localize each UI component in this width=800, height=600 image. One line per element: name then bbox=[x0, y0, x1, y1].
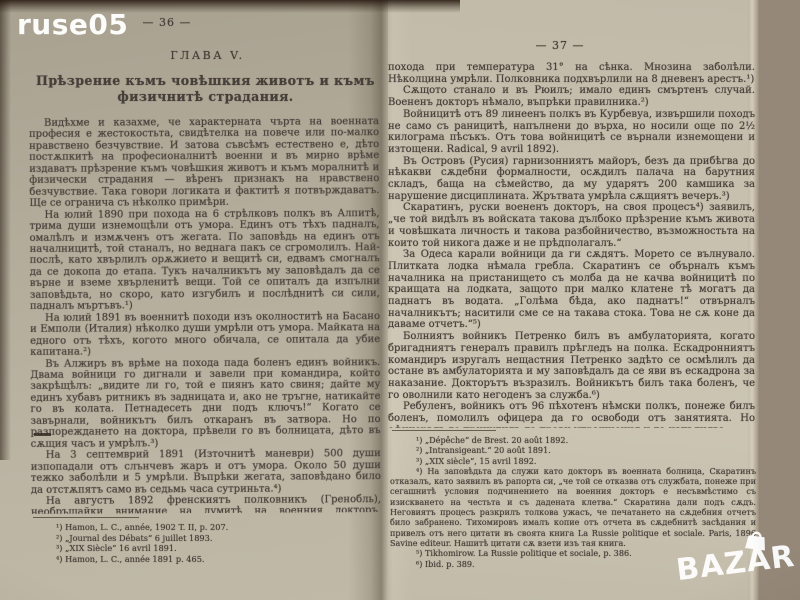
footnote-rule bbox=[392, 430, 496, 431]
left-page-footnotes: ¹) Hamon, L. C., année, 1902 T. II, p. 2… bbox=[56, 522, 362, 564]
body-paragraph: На юлий 1890 при похода на 6 стрѣлковъ п… bbox=[29, 208, 380, 313]
body-paragraph: Видѣхме и казахме, че характерната чърта… bbox=[29, 116, 379, 209]
right-page-body: похода при температура 31° на сѣнка. Мно… bbox=[388, 62, 755, 428]
footnote: ²) „Journal des Débats“ 6 juillet 1893. bbox=[56, 533, 362, 544]
page-number-36: — 36 — bbox=[122, 16, 212, 29]
footnote: ¹) „Dépêche“ de Brest. 20 août 1892. bbox=[390, 435, 756, 445]
seller-watermark: ruse05 bbox=[17, 8, 128, 41]
body-paragraph: На августъ 1892 френскиятъ полковникъ (Г… bbox=[31, 494, 381, 514]
footnote: ⁴) На заповѣдьта да служи като докторъ в… bbox=[390, 466, 756, 548]
body-paragraph: Сѫщото станало и въ Рюилъ; имало единъ с… bbox=[388, 85, 755, 108]
body-paragraph: Болниятъ войникъ Петренко билъ въ амбула… bbox=[388, 331, 755, 401]
wooden-table-surface bbox=[760, 0, 800, 600]
footnote: ²) „Intransigeant.“ 20 août 1891. bbox=[390, 445, 756, 455]
footnote: ⁴) Hamon, L. C., année 1891 p. 465. bbox=[56, 554, 362, 565]
footnote-rule bbox=[33, 517, 139, 518]
footnote: ³) „XIX siècle“, 15 avril 1892. bbox=[390, 456, 756, 466]
body-paragraph: На 3 септемврий 1891 (Източнитѣ маневри)… bbox=[31, 448, 381, 496]
left-edge-shadow bbox=[0, 0, 11, 460]
body-paragraph: На юлий 1891 въ военнитѣ походи изъ окол… bbox=[30, 311, 380, 359]
book-photo: — 36 — ГЛАВА V. Прѣзрение къмъ човѣшкия … bbox=[0, 0, 800, 600]
chapter-title: Прѣзрение къмъ човѣшкия животъ и къмъ фи… bbox=[31, 73, 380, 104]
body-paragraph: Въ Островъ (Русия) гарнизонниятъ майоръ,… bbox=[388, 156, 755, 203]
body-paragraph: За Одеса карали войници да ги сѫдятъ. Мо… bbox=[388, 249, 755, 331]
body-paragraph: Войницитѣ отъ 89 линеенъ полкъ въ Курбев… bbox=[388, 109, 755, 156]
body-paragraph: Скаратинъ, руски воененъ докторъ, на сво… bbox=[388, 202, 755, 249]
margin-mark bbox=[34, 433, 51, 436]
body-paragraph: Въ Алжиръ въ врѣме на похода пада боленъ… bbox=[30, 357, 380, 450]
body-paragraph: Ребуленъ, войникъ отъ 96 пѣхотенъ нѣмски… bbox=[388, 401, 755, 428]
footnote: ¹) Hamon, L. C., année, 1902 T. II, p. 2… bbox=[56, 522, 362, 533]
body-paragraph: похода при температура 31° на сѣнка. Мно… bbox=[388, 62, 755, 85]
chapter-heading: ГЛАВА V. bbox=[35, 49, 380, 62]
page-number-37: — 37 — bbox=[502, 39, 618, 52]
shopping-bag-icon bbox=[743, 527, 770, 552]
left-page-body: Видѣхме и казахме, че характерната чърта… bbox=[29, 116, 381, 514]
footnote: ³) „XIX Siècle“ 16 avril 1891. bbox=[56, 543, 362, 554]
